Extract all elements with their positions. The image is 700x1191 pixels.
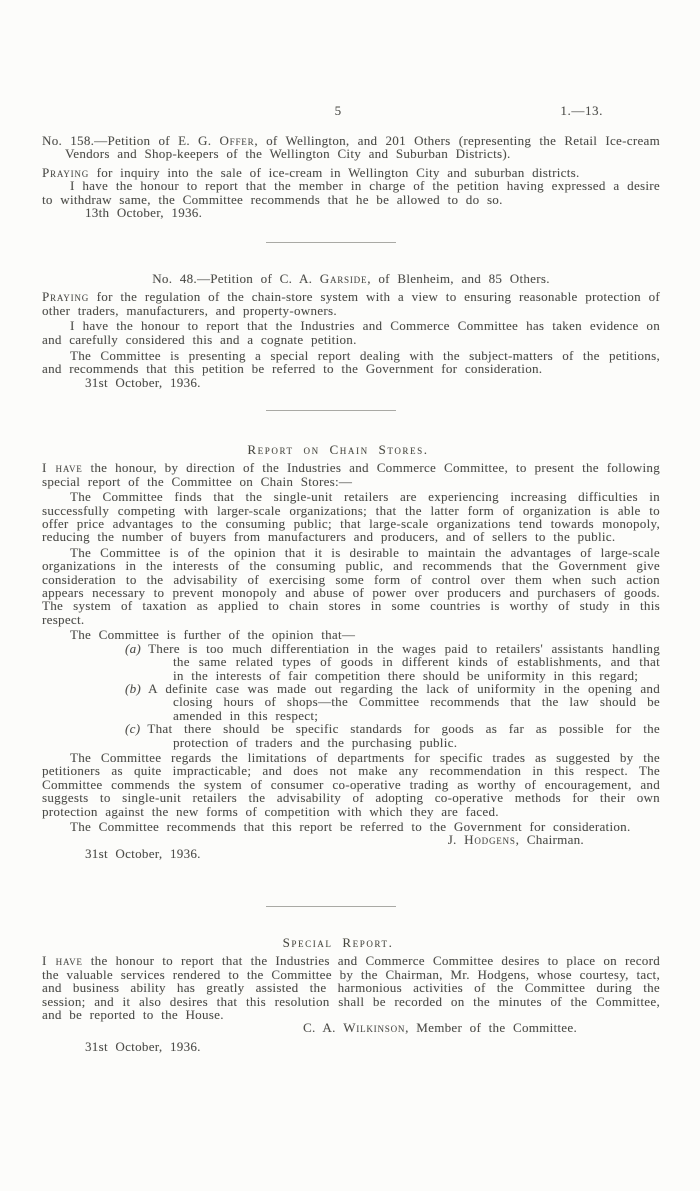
petition-48-date: 31st October, 1936. <box>42 376 660 389</box>
page-number: 5 <box>29 104 647 117</box>
special-report-date: 31st October, 1936. <box>42 1040 660 1053</box>
chain-report-intro-text: the honour, by direction of the Industri… <box>42 460 660 488</box>
chain-report-signature: J. Hodgens, Chairman. <box>42 833 660 846</box>
finding-item-a-text: There is too much differentiation in the… <box>148 641 660 683</box>
paper-folio-number: 1.—13. <box>560 104 603 117</box>
chain-report-paragraph-4: The Committee regards the limitations of… <box>42 751 660 818</box>
petition-48-heading-pre: No. 48.—Petition of C. A. <box>152 271 320 286</box>
petition-48-paragraph-1: I have the honour to report that the Ind… <box>42 319 660 346</box>
section-petition-158: No. 158.—Petition of E. G. Offer, of Wel… <box>42 134 660 219</box>
signature-name-hodgens: Hodgens <box>464 832 516 847</box>
signature-title-member: , Member of the Committee. <box>405 1020 577 1035</box>
chain-report-paragraph-3: The Committee is further of the opinion … <box>42 628 660 641</box>
petition-48-heading-post: , of Blenheim, and 85 Others. <box>367 271 550 286</box>
signature-initials: J. <box>448 832 464 847</box>
finding-item-a-marker: (a) <box>125 641 141 656</box>
special-report-body-text: the honour to report that the Industries… <box>42 953 660 1022</box>
petitioner-name-garside: Garside <box>320 271 368 286</box>
special-report-signature: C. A. Wilkinson, Member of the Committee… <box>42 1021 660 1034</box>
page-header: 5 1.—13. <box>42 104 660 120</box>
petition-158-heading: No. 158.—Petition of E. G. Offer, of Wel… <box>42 134 660 161</box>
section-divider-rule <box>266 242 396 243</box>
chain-report-title: Report on Chain Stores. <box>29 443 647 456</box>
petition-158-praying: Praying for inquiry into the sale of ice… <box>42 166 660 179</box>
petition-48-praying-text: for the regulation of the chain-store sy… <box>42 289 660 317</box>
finding-item-b-text: A definite case was made out regarding t… <box>148 681 660 723</box>
special-report-title: Special Report. <box>29 936 647 949</box>
section-divider-rule <box>266 410 396 411</box>
finding-item-c-marker: (c) <box>125 721 140 736</box>
finding-item-b-marker: (b) <box>125 681 141 696</box>
document-page: 5 1.—13. No. 158.—Petition of E. G. Offe… <box>0 0 700 1191</box>
chain-report-paragraph-5: The Committee recommends that this repor… <box>42 820 660 833</box>
chain-report-paragraph-2: The Committee is of the opinion that it … <box>42 546 660 626</box>
section-petition-48: No. 48.—Petition of C. A. Garside, of Bl… <box>42 272 660 389</box>
finding-item-a: (a)There is too much differentiation in … <box>42 642 660 682</box>
finding-item-c-text: That there should be specific standards … <box>147 721 660 749</box>
section-divider-rule <box>266 906 396 907</box>
section-special-report: Special Report. I have the honour to rep… <box>42 936 660 1053</box>
petition-48-praying: Praying for the regulation of the chain-… <box>42 290 660 317</box>
signature-initials: C. A. <box>303 1020 343 1035</box>
petition-48-heading: No. 48.—Petition of C. A. Garside, of Bl… <box>42 272 660 285</box>
signature-title-chairman: , Chairman. <box>516 832 584 847</box>
chain-report-intro: I have the honour, by direction of the I… <box>42 461 660 488</box>
section-chain-stores-report: Report on Chain Stores. I have the honou… <box>42 443 660 860</box>
chain-report-paragraph-1: The Committee finds that the single-unit… <box>42 490 660 544</box>
special-report-body: I have the honour to report that the Ind… <box>42 954 660 1021</box>
petition-158-date: 13th October, 1936. <box>42 206 660 219</box>
signature-name-wilkinson: Wilkinson <box>343 1020 405 1035</box>
finding-item-c: (c)That there should be specific standar… <box>42 722 660 749</box>
chain-report-date: 31st October, 1936. <box>42 847 660 860</box>
petition-158-report: I have the honour to report that the mem… <box>42 179 660 206</box>
petition-48-paragraph-2: The Committee is presenting a special re… <box>42 349 660 376</box>
finding-item-b: (b)A definite case was made out regardin… <box>42 682 660 722</box>
